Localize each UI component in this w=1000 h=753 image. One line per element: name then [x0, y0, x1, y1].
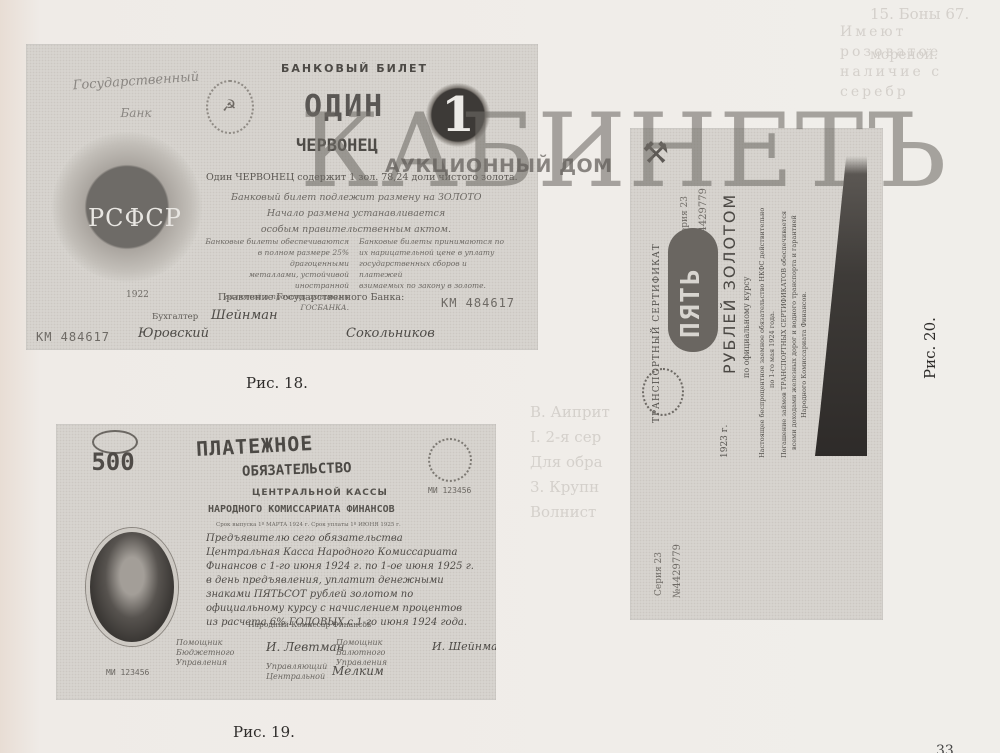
signature: Мелким: [332, 664, 384, 678]
badge-value: 500: [82, 448, 144, 476]
denomination-unit: ЧЕРВОНЕЦ: [296, 136, 378, 156]
terms-line: Настоящее беспроцентное заемное обязател…: [758, 208, 766, 458]
gold-content-line: Один ЧЕРВОНЕЦ содержит 1 зол. 78,24 доли…: [206, 172, 518, 183]
crossed-tools-emblem-icon: ⚒: [642, 136, 684, 172]
serial-number: КМ 484617: [36, 330, 110, 344]
state-emblem-icon: [428, 438, 472, 482]
transport-certificate-5-rubles: ⚒ Серия 23 №4429779 ТРАНСПОРТНЫЙ СЕРТИФИ…: [630, 128, 883, 620]
bleed-through-line-2: мореной.: [870, 45, 938, 65]
bleed-through-fragments: В. Аиприт I. 2-я сер Для обра 3. Крупн В…: [530, 400, 630, 525]
commissar-label: Народный Комиссар Финансов: [248, 620, 371, 629]
serial-number: МИ 123456: [428, 486, 471, 495]
note-title-line-2: ОБЯЗАТЕЛЬСТВО: [242, 460, 352, 480]
bank-script-text-2: Банк: [96, 106, 176, 120]
page-number: 33: [936, 743, 954, 753]
figure-caption: Рис. 18.: [246, 374, 308, 392]
signature: Шейнман: [211, 308, 278, 323]
terms-line: всеми доходами железных дорог и водного …: [790, 215, 798, 450]
issuer-line-1: ЦЕНТРАЛЬНОЙ КАССЫ: [252, 488, 388, 498]
issuer-line-2: НАРОДНОГО КОМИССАРИАТА ФИНАНСОВ: [208, 504, 395, 515]
signature: Сокольников: [346, 326, 435, 341]
issue-year: 1922: [126, 290, 149, 300]
exchange-line-3: особым правительственным актом.: [256, 224, 456, 235]
serial-number: КМ 484617: [441, 296, 515, 310]
rate-label: по официальному курсу: [742, 277, 751, 378]
acceptance-text: Банковые билеты принимаются по их нарица…: [359, 236, 509, 291]
signatory-title: Помощник Бюджетного Управления: [176, 638, 256, 668]
worker-portrait: [86, 528, 178, 646]
currency-label: РУБЛЕЙ ЗОЛОТОМ: [720, 193, 739, 374]
denomination-word: ОДИН: [304, 89, 384, 124]
terms-line: Народного Комиссариата Финансов.: [800, 292, 808, 418]
signature: Юровский: [138, 326, 209, 341]
note-title-line-1: ПЛАТЕЖНОЕ: [195, 431, 313, 461]
hammer-sickle-icon: ☭: [222, 96, 236, 115]
bank-script-text: Государственный: [66, 69, 207, 94]
series-label: Серия 23: [654, 552, 664, 596]
exchange-line-2: Начало размена устанавливается: [256, 208, 456, 219]
denomination-badge: 500: [82, 430, 144, 486]
terms-line: по 1-го мая 1924 года.: [768, 311, 776, 388]
board-label: Правление Государственного Банка:: [218, 292, 404, 303]
exchange-line-1: Банковый билет подлежит размену на ЗОЛОТ…: [231, 192, 481, 203]
note-title: БАНКОВЫЙ БИЛЕТ: [281, 62, 428, 75]
serial-number: №4429779: [672, 544, 683, 598]
signature: И. Шейнман: [432, 640, 496, 653]
terms-line: Погашение займов ТРАНСПОРТНЫХ СЕРТИФИКАТ…: [780, 211, 788, 458]
banknote-chervonets-1922: Государственный Банк РСФСР ☭ БАНКОВЫЙ БИ…: [26, 44, 538, 350]
figure-caption: Рис. 20.: [921, 317, 939, 379]
rsfsr-monogram: РСФСР: [88, 204, 168, 232]
obligation-text: Предъявителю сего обязательства Централь…: [206, 532, 476, 630]
issue-year: 1923 г.: [720, 425, 730, 458]
denomination-numeral: 1: [426, 80, 490, 150]
signature: И. Левтман: [266, 640, 345, 654]
serial-number: МИ 123456: [106, 668, 149, 677]
terms-line: Срок выпуска 1º МАРТА 1924 г. Срок уплат…: [216, 522, 401, 528]
bleed-through-heading: 15. Боны 67.: [870, 4, 969, 24]
accountant-label: Бухгалтер: [152, 312, 198, 322]
denomination-word: ПЯТЬ: [676, 267, 706, 338]
signatory-title: Управляющий Центральной: [266, 662, 326, 682]
payment-obligation-500: 500 ПЛАТЕЖНОЕ ОБЯЗАТЕЛЬСТВО ЦЕНТРАЛЬНОЙ …: [56, 424, 496, 700]
locomotive-illustration: [815, 156, 867, 456]
state-emblem-icon: [642, 368, 684, 416]
figure-caption: Рис. 19.: [233, 723, 295, 741]
